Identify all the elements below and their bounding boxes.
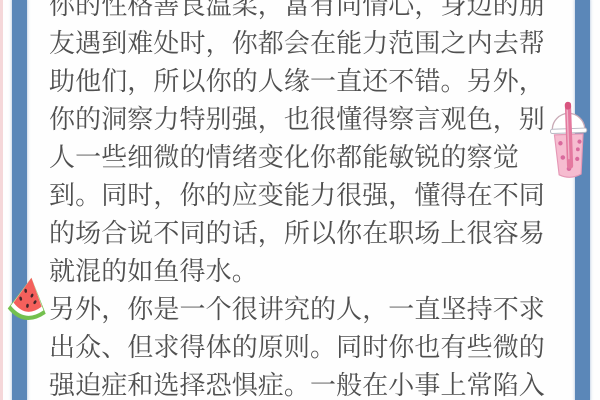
- text-line: 出众、但求得体的原则。同时你也有些微的: [49, 329, 551, 367]
- card-right-border: [575, 0, 590, 400]
- text-line: 的场合说不同的话，所以你在职场上很容易: [49, 215, 551, 253]
- article-card: 你的性格善良温柔，富有同情心，身边的朋 友遇到难处时，你都会在能力范围之内去帮 …: [0, 0, 600, 400]
- card-left-border: [12, 0, 27, 400]
- text-line: 人一些细微的情绪变化你都能敏锐的察觉: [49, 139, 551, 177]
- text-line: 强迫症和选择恐惧症。一般在小事上常陷入: [49, 367, 551, 400]
- text-line: 你的性格善良温柔，富有同情心，身边的朋: [49, 0, 551, 25]
- bubble-tea-svg: [547, 99, 592, 184]
- left-edge-accent: [0, 0, 3, 400]
- text-line: 你的洞察力特别强，也很懂得察言观色，别: [49, 101, 551, 139]
- watermelon-slice-svg: [1, 271, 54, 333]
- text-line: 到。同时，你的应变能力很强，懂得在不同: [49, 177, 551, 215]
- text-line: 助他们，所以你的人缘一直还不错。另外，: [49, 63, 551, 101]
- bubble-tea-icon: [547, 99, 592, 184]
- article-text: 你的性格善良温柔，富有同情心，身边的朋 友遇到难处时，你都会在能力范围之内去帮 …: [49, 0, 551, 400]
- watermelon-icon: [1, 271, 54, 333]
- text-line: 友遇到难处时，你都会在能力范围之内去帮: [49, 25, 551, 63]
- text-line: 就混的如鱼得水。: [49, 253, 551, 291]
- text-line: 另外，你是一个很讲究的人，一直坚持不求: [49, 291, 551, 329]
